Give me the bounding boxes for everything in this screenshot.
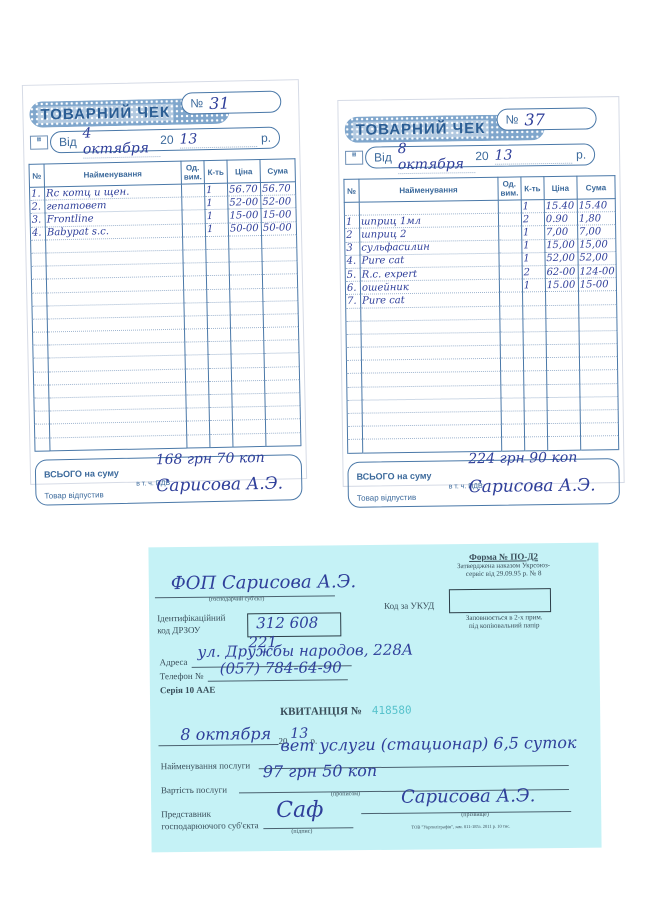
col-price: Ціна [544,176,577,199]
receipt-title: ТОВАРНИЙ ЧЕК [37,103,173,123]
col-unit: Од. вим. [181,161,204,184]
col-qty: К-ть [204,160,227,183]
receipt-date-field: Від 4 октября 2013р. [50,127,280,154]
kvitancia-date: 8 октября [180,724,271,744]
total-label: ВСЬОГО на суму [44,468,119,480]
total-value: 224 грн 90 коп [468,449,577,467]
released-label: Товар відпустив [44,490,103,500]
publisher-logo-icon: ▦ [345,151,363,165]
kvitancia-title: КВИТАНЦІЯ № [280,705,362,718]
receipt-number-field: № 31 [181,91,281,115]
receipt-date: 8 октября [398,140,476,174]
receipt-number-field: № 37 [496,107,596,130]
released-label: Товар відпустив [357,492,416,502]
total-value: 168 грн 70 коп [156,450,265,468]
col-sum: Сума [260,159,295,183]
id-code-box: 312 608 221 [247,612,341,637]
seller-signature: Сарисова А.Э. [156,473,283,496]
receipt-total-box: ВСЬОГО на суму 224 грн 90 коп в т. ч. ПД… [347,458,620,508]
ukud-code-box [449,588,551,613]
col-name: Найменування [44,161,181,187]
col-qty: К-ть [521,177,544,200]
ukud-label: Код за УКУД [384,600,434,611]
col-number: № [344,179,359,202]
publisher-logo-icon: ▦ [30,135,48,149]
kvitancia-number: 418580 [372,704,412,717]
receipt-date: 4 октября [82,124,160,159]
receipt-number: 31 [209,93,230,112]
series: Серія 10 ААЕ [160,685,216,696]
col-sum: Сума [577,176,616,200]
service-receipt-kvitancia: Форма № ПО-Д2 Затверджена наказом Укрсою… [148,543,601,853]
receipt-title: ТОВАРНИЙ ЧЕК [353,119,489,138]
entity-caption: (господарчий суб'єкт) [209,596,264,603]
receipt-items-table: № Найменування Од. вим. К-ть Ціна Сума 1… [343,175,619,453]
col-name: Найменування [359,177,498,202]
col-unit: Од. вим. [498,177,521,200]
representative-name: Сарисова А.Э. [401,785,536,807]
phone-value: (057) 784-64-90 [220,658,342,677]
sales-receipt-31: ТОВАРНИЙ ЧЕК № 31 ▦ Від 4 октября 2013р.… [22,79,307,485]
cost-value: 97 грн 50 коп [263,761,378,781]
col-number: № [29,164,44,187]
seller-signature: Сарисова А.Э. [469,475,596,497]
service-value: вет услуги (стационар) 6,5 суток [280,733,576,755]
receipt-items-table: № Найменування Од. вим. К-ть Ціна Сума 1… [28,158,301,451]
sales-receipt-37: ТОВАРНИЙ ЧЕК № 37 ▦ Від 8 октября 2013р.… [337,96,624,487]
total-label: ВСЬОГО на суму [356,470,431,481]
receipt-date-field: Від 8 октября 2013р. [365,143,595,168]
printer-note: ТОВ "Укрполіграфія", зам. 011-185з. 2011… [411,824,510,830]
entity-name: ФОП Сарисова А.Э. [171,571,357,594]
receipt-number: 37 [524,110,545,129]
receipt-total-box: ВСЬОГО на суму 168 грн 70 коп в т. ч. ПД… [35,454,303,506]
signature-mark: Саф [276,798,323,823]
col-price: Ціна [227,159,260,183]
